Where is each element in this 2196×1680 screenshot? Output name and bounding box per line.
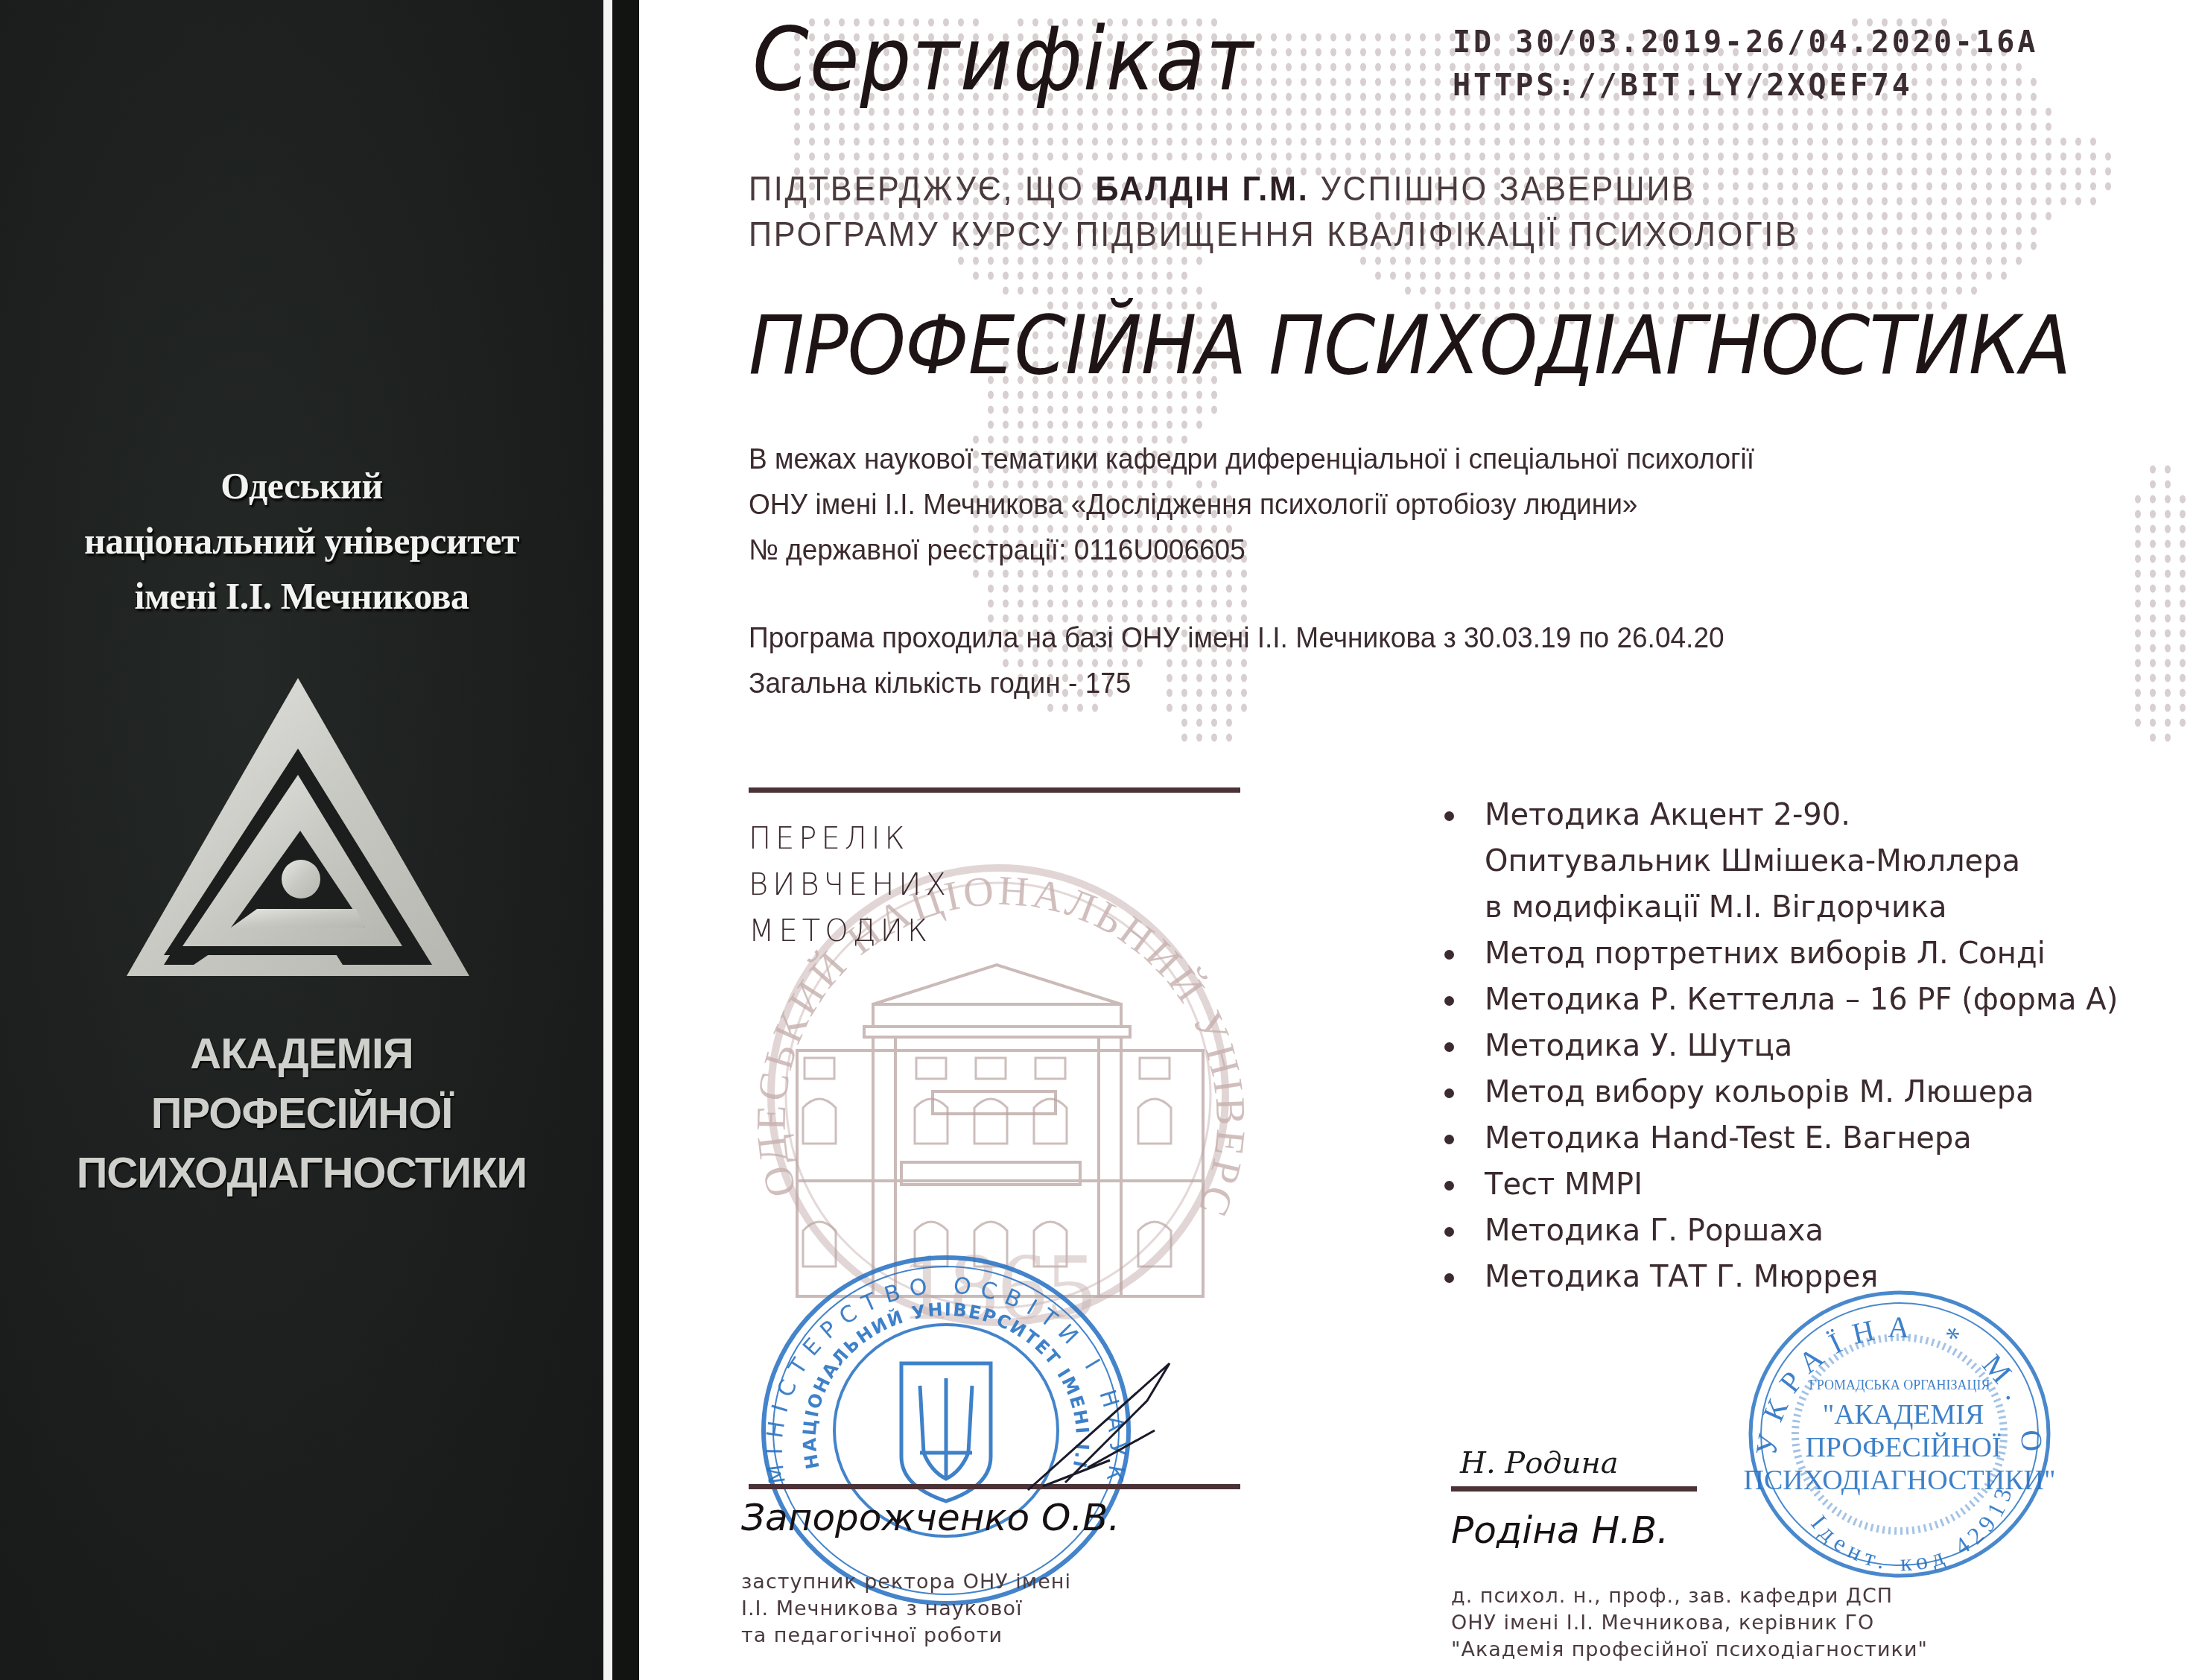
program-period: Програма проходила на базі ОНУ імені І.І… bbox=[749, 615, 1724, 661]
method-item-line: Методика У. Шутца bbox=[1485, 1023, 2118, 1069]
confirmation-text: ПІДТВЕРДЖУЄ, ЩО БАЛДІН Г.М. УСПІШНО ЗАВЕ… bbox=[749, 165, 1799, 256]
program-details: Програма проходила на базі ОНУ імені І.І… bbox=[749, 615, 1724, 706]
university-name-line: імені І.І. Мечникова bbox=[0, 568, 603, 624]
method-item: Методика Г. Роршаха bbox=[1441, 1208, 2118, 1254]
certificate-url[interactable]: HTTPS://BIT.LY/2XQEF74 bbox=[1453, 64, 2038, 107]
signature-line-left bbox=[749, 1484, 1240, 1489]
scope-description: В межах наукової тематики кафедри дифере… bbox=[749, 437, 1754, 573]
academy-name-line: ПРОФЕСІЙНОЇ bbox=[0, 1084, 603, 1144]
method-item-line: Методика Hand-Test Е. Вагнера bbox=[1485, 1115, 2118, 1161]
method-item-line: Тест MMPI bbox=[1485, 1161, 2118, 1208]
signatory-role-line: "Академія професійної психодіагностики" bbox=[1451, 1637, 1928, 1664]
cover-edge-line bbox=[603, 0, 612, 1680]
recipient-name: БАЛДІН Г.М. bbox=[1096, 168, 1310, 208]
methods-list: Методика Акцент 2-90.Опитувальник Шмішек… bbox=[1441, 792, 2118, 1300]
signatory-role-line: та педагогічної роботи bbox=[741, 1623, 1071, 1649]
method-item-line: Опитувальник Шмішека-Мюллера bbox=[1485, 838, 2118, 884]
total-hours: Загальна кількість годин - 175 bbox=[749, 661, 1724, 706]
academy-logo-icon bbox=[119, 671, 477, 983]
method-item: Методика Р. Кеттелла – 16 PF (форма А) bbox=[1441, 977, 2118, 1023]
method-item: Тест MMPI bbox=[1441, 1161, 2118, 1208]
method-item-line: Методика ТАТ Г. Мюррея bbox=[1485, 1254, 2118, 1300]
academy-name: АКАДЕМІЯ ПРОФЕСІЙНОЇ ПСИХОДІАГНОСТИКИ bbox=[0, 1024, 603, 1203]
method-item: Методика Акцент 2-90.Опитувальник Шмішек… bbox=[1441, 792, 2118, 931]
signatory-name: Родіна Н.В. bbox=[1451, 1509, 1669, 1552]
method-item: Методика У. Шутца bbox=[1441, 1023, 2118, 1069]
signatory-role-line: д. психол. н., проф., зав. кафедри ДСП bbox=[1451, 1583, 1928, 1610]
signature-line-right bbox=[1451, 1486, 1697, 1492]
academy-name-line: ПСИХОДІАГНОСТИКИ bbox=[0, 1144, 603, 1203]
methods-heading-line: ПЕРЕЛІК bbox=[749, 816, 951, 862]
method-item: Методика ТАТ Г. Мюррея bbox=[1441, 1254, 2118, 1300]
confirmation-line-1: ПІДТВЕРДЖУЄ, ЩО БАЛДІН Г.М. УСПІШНО ЗАВЕ… bbox=[749, 165, 1799, 211]
course-title: ПРОФЕСІЙНА ПСИХОДІАГНОСТИКА bbox=[749, 299, 2070, 393]
registration-number: № державної реєстрації: 0116U006605 bbox=[749, 527, 1754, 573]
method-item-line: Метод портретних виборів Л. Сонді bbox=[1485, 931, 2118, 977]
signatory-role: заступник ректора ОНУ імені І.І. Мечнико… bbox=[741, 1569, 1071, 1649]
method-item-line: Методика Р. Кеттелла – 16 PF (форма А) bbox=[1485, 977, 2118, 1023]
method-item-line: Методика Акцент 2-90. bbox=[1485, 792, 2118, 838]
signatory-role: д. психол. н., проф., зав. кафедри ДСП О… bbox=[1451, 1583, 1928, 1664]
method-item-line: Методика Г. Роршаха bbox=[1485, 1208, 2118, 1254]
method-item: Методика Hand-Test Е. Вагнера bbox=[1441, 1115, 2118, 1161]
academy-name-line: АКАДЕМІЯ bbox=[0, 1024, 603, 1084]
methods-heading: ПЕРЕЛІК ВИВЧЕНИХ МЕТОДИК bbox=[749, 816, 951, 954]
method-item-line: Метод вибору кольорів М. Люшера bbox=[1485, 1069, 2118, 1115]
section-divider bbox=[749, 787, 1240, 793]
university-name: Одеський національний університет імені … bbox=[0, 458, 603, 624]
scope-line: В межах наукової тематики кафедри дифере… bbox=[749, 437, 1754, 482]
certificate-title: Сертифікат bbox=[752, 7, 1254, 110]
university-name-line: Одеський bbox=[0, 458, 603, 513]
method-item: Метод вибору кольорів М. Люшера bbox=[1441, 1069, 2118, 1115]
signatory-role-line: ОНУ імені І.І. Мечникова, керівник ГО bbox=[1451, 1610, 1928, 1637]
methods-heading-line: МЕТОДИК bbox=[749, 908, 951, 954]
signatory-role-line: заступник ректора ОНУ імені bbox=[741, 1569, 1071, 1596]
method-item: Метод портретних виборів Л. Сонді bbox=[1441, 931, 2118, 977]
certificate-id-block: ID 30/03.2019-26/04.2020-16A HTTPS://BIT… bbox=[1453, 21, 2038, 107]
signatory-role-line: І.І. Мечникова з наукової bbox=[741, 1596, 1071, 1623]
methods-heading-line: ВИВЧЕНИХ bbox=[749, 862, 951, 908]
scope-line: ОНУ імені І.І. Мечникова «Дослідження пс… bbox=[749, 482, 1754, 527]
university-name-line: національний університет bbox=[0, 513, 603, 568]
certificate-id: ID 30/03.2019-26/04.2020-16A bbox=[1453, 21, 2038, 64]
cover-spine bbox=[612, 0, 639, 1680]
method-item-line: в модифікації М.І. Вігдорчика bbox=[1485, 884, 2118, 931]
signatory-name: Запорожченко О.В. bbox=[741, 1496, 1120, 1539]
confirmation-line-2: ПРОГРАМУ КУРСУ ПІДВИЩЕННЯ КВАЛІФІКАЦІЇ П… bbox=[749, 211, 1799, 256]
